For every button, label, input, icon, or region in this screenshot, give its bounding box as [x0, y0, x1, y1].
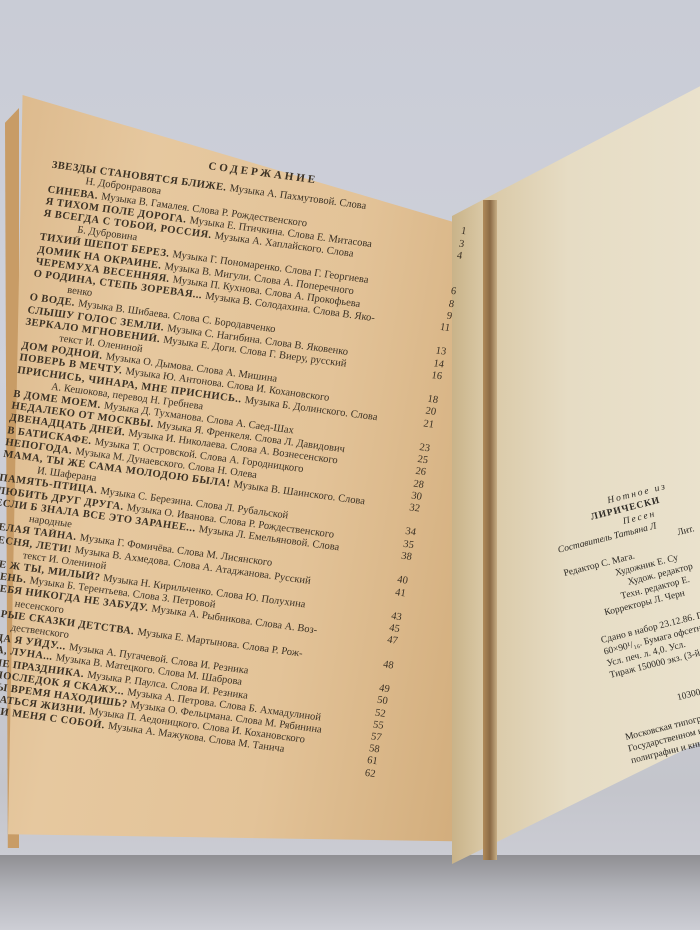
page-number: [446, 220, 468, 223]
page-number: [381, 605, 403, 608]
page-number: [438, 268, 460, 271]
page-number: [418, 388, 440, 391]
page-number: [369, 677, 391, 680]
book-gutter: [483, 200, 497, 860]
table-surface-shadow: [0, 855, 700, 930]
page-number: [396, 521, 418, 524]
page-number: [436, 280, 458, 283]
page-number: [410, 437, 432, 440]
page-number: [426, 340, 448, 343]
page-number: [373, 653, 395, 656]
page-number: [387, 569, 409, 572]
